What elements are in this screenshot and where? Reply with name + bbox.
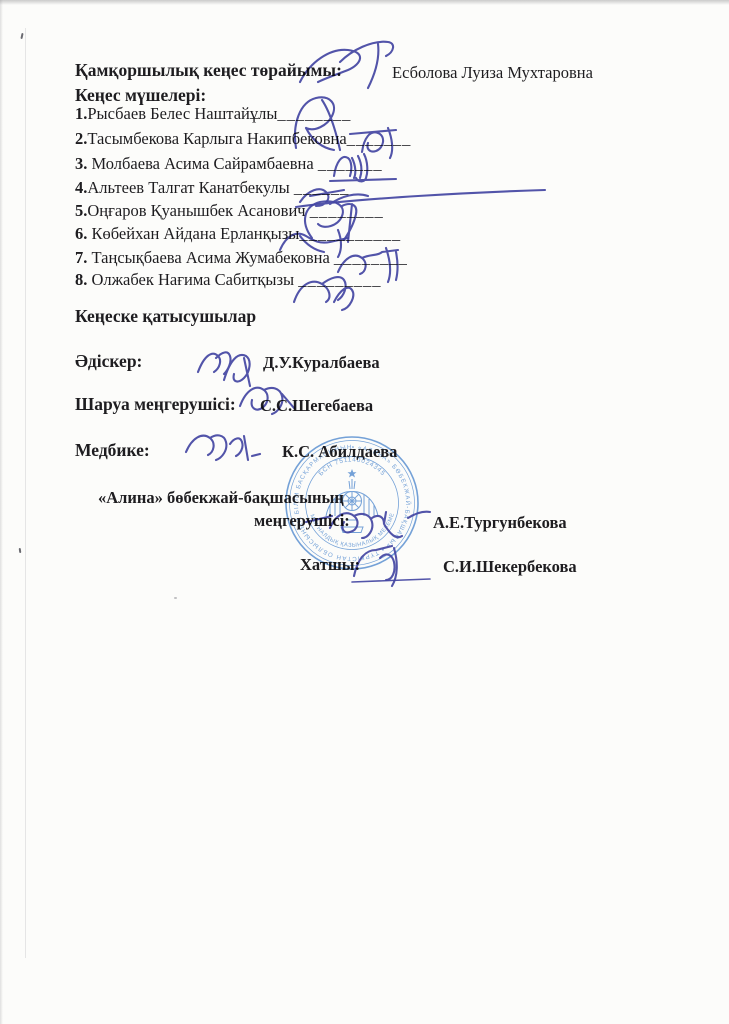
member-row: 1.Рысбаев Белес Наштайұлы________ [75,105,351,124]
chair-label: Қамқоршылық кеңес төрайымы: [75,60,342,80]
scan-speck [20,33,23,39]
member-row: 7. Таңсықбаева Асима Жумабековна _______… [75,249,408,268]
scan-edge-shadow [0,0,729,5]
member-name: Рысбаев Белес Наштайұлы [87,104,277,123]
member-number: 4. [75,178,87,197]
member-number: 1. [75,104,87,123]
paper-crease [25,28,26,958]
secretary-name: С.И.Шекербекова [443,558,577,577]
signature-line: ___________ [299,224,401,243]
official-name-methodist: Д.У.Куралбаева [263,354,380,373]
member-number: 6. [75,224,87,243]
manager-name: А.Е.Тургунбекова [433,514,567,533]
member-name: Таңсықбаева Асима Жумабековна [87,248,334,267]
member-number: 3. [75,154,87,173]
signature-line: _________ [298,270,381,289]
member-name: Олжабек Нағима Сабитқызы [87,270,298,289]
manager-label: меңгерушісі: [254,512,350,531]
member-name: Тасымбекова Карлыга Накипбековна [87,129,346,148]
official-label-nurse: Медбике: [75,440,150,460]
scan-edge-shadow-left [0,0,3,1024]
member-name: Альтеев Талгат Канатбекулы [87,178,294,197]
member-number: 8. [75,270,87,289]
signature-line: ________ [310,201,384,220]
member-row: 8. Олжабек Нағима Сабитқызы _________ [75,271,381,290]
official-name-steward: С.С.Шегебаева [260,397,373,416]
scan-speck [174,597,177,599]
signature-line: ________ [334,248,408,267]
signature-line: ________ [277,104,351,123]
member-number: 7. [75,248,87,267]
member-row: 4.Альтеев Талгат Канатбекулы ______ [75,179,349,198]
signature-nurse [186,435,260,460]
member-row: 5.Оңғаров Қуанышбек Асанович ________ [75,202,384,221]
signature-secretary-underline [352,579,430,582]
members-heading: Кеңес мүшелері: [75,85,206,105]
member-row: 6. Көбейхан Айдана Ерланқызы___________ [75,225,401,244]
member-name: Оңғаров Қуанышбек Асанович [87,201,309,220]
signature-line: _______ [318,154,383,173]
member-name: Молбаева Асима Сайрамбаевна [87,154,317,173]
member-number: 2. [75,129,87,148]
signature-secretary [354,546,397,586]
participants-heading: Кеңеске қатысушылар [75,306,256,326]
secretary-label: Хатшы: [300,556,360,575]
member-row: 2.Тасымбекова Карлыга Накипбековна______… [75,130,411,149]
official-label-steward: Шаруа меңгерушісі: [75,394,236,414]
chair-name: Есболова Луиза Мухтаровна [392,64,593,83]
signature-line: ______ [294,178,350,197]
official-label-methodist: Әдіскер: [75,351,142,371]
member-row: 3. Молбаева Асима Сайрамбаевна _______ [75,155,383,174]
official-name-nurse: К.С. Абилдаева [282,443,397,462]
member-name: Көбейхан Айдана Ерланқызы [87,224,299,243]
scan-speck [19,548,22,553]
signature-methodist [198,352,250,386]
emblem-star [348,469,357,478]
scanned-document-page: Қамқоршылық кеңес төрайымы: Есболова Луи… [0,0,729,1024]
member-number: 5. [75,201,87,220]
kindergarten-line: «Алина» бөбекжай-бақшасының [98,489,344,508]
signature-line: _______ [347,129,412,148]
